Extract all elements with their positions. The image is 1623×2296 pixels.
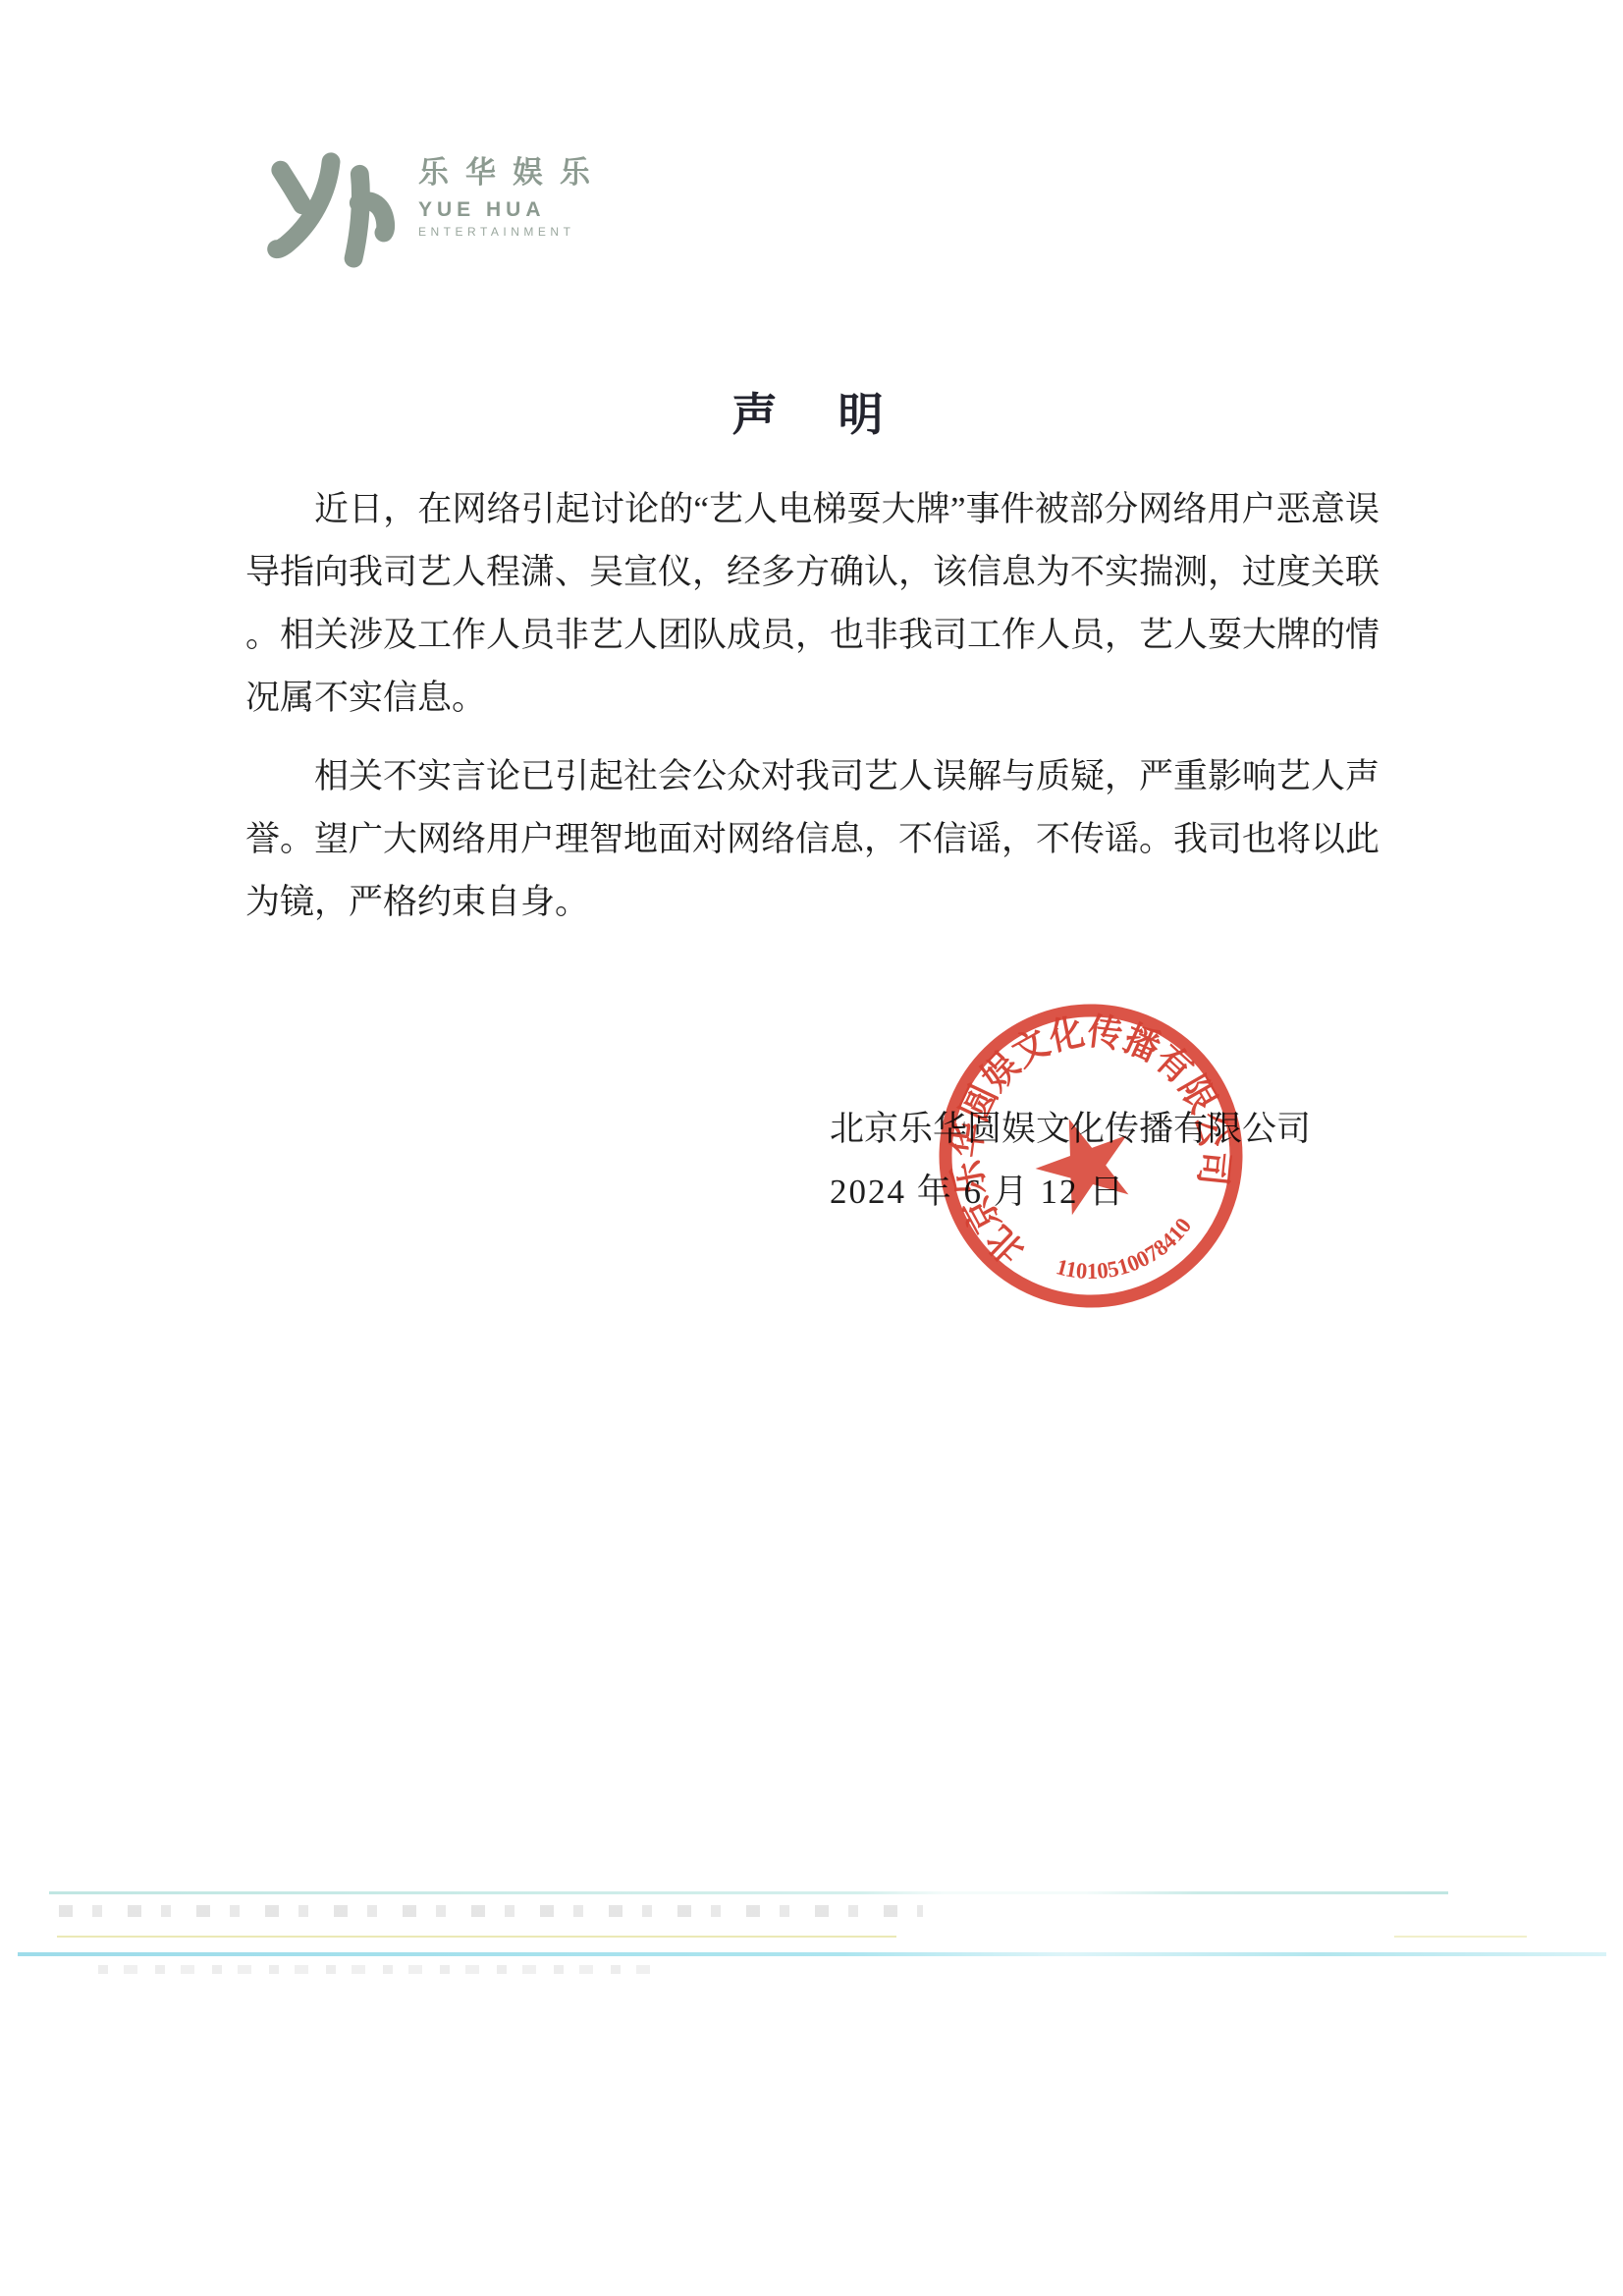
statement-document-page: 乐华娱乐 YUE HUA ENTERTAINMENT 声 明 近日，在网络引起讨… (0, 0, 1623, 2296)
scan-artifact-smudge (59, 1905, 923, 1917)
statement-paragraph-2: 相关不实言论已引起社会公众对我司艺人误解与质疑，严重影响艺人声誉。望广大网络用户… (245, 745, 1380, 934)
logo-subtitle: ENTERTAINMENT (418, 226, 607, 238)
yuehua-logo-text: 乐华娱乐 YUE HUA ENTERTAINMENT (418, 143, 607, 238)
yuehua-monogram-icon (263, 143, 397, 279)
statement-paragraph-1: 近日，在网络引起讨论的“艺人电梯耍大牌”事件被部分网络用户恶意误导指向我司艺人程… (245, 478, 1380, 730)
scan-artifact-smudge (98, 1965, 668, 1974)
statement-body: 近日，在网络引起讨论的“艺人电梯耍大牌”事件被部分网络用户恶意误导指向我司艺人程… (245, 478, 1380, 934)
statement-title: 声 明 (0, 379, 1623, 444)
scan-artifact-line (18, 1952, 1606, 1956)
scan-artifact-line (57, 1936, 896, 1938)
svg-text:北京乐华圆娱文化传播有限公司: 北京乐华圆娱文化传播有限公司 (924, 989, 1254, 1279)
svg-text:11010510078410: 11010510078410 (1047, 1208, 1204, 1302)
seal-star-icon (1023, 1102, 1146, 1221)
scan-artifact-line (49, 1891, 1448, 1894)
seal-company-name: 北京乐华圆娱文化传播有限公司 (924, 989, 1254, 1279)
logo-name-en: YUE HUA (418, 199, 607, 220)
seal-registration-number: 11010510078410 (1047, 1208, 1204, 1302)
yuehua-logo: 乐华娱乐 YUE HUA ENTERTAINMENT (263, 143, 607, 279)
company-seal-stamp: 北京乐华圆娱文化传播有限公司 11010510078410 (924, 989, 1258, 1323)
logo-name-cn: 乐华娱乐 (418, 157, 607, 188)
scan-artifact-line (1394, 1936, 1527, 1938)
